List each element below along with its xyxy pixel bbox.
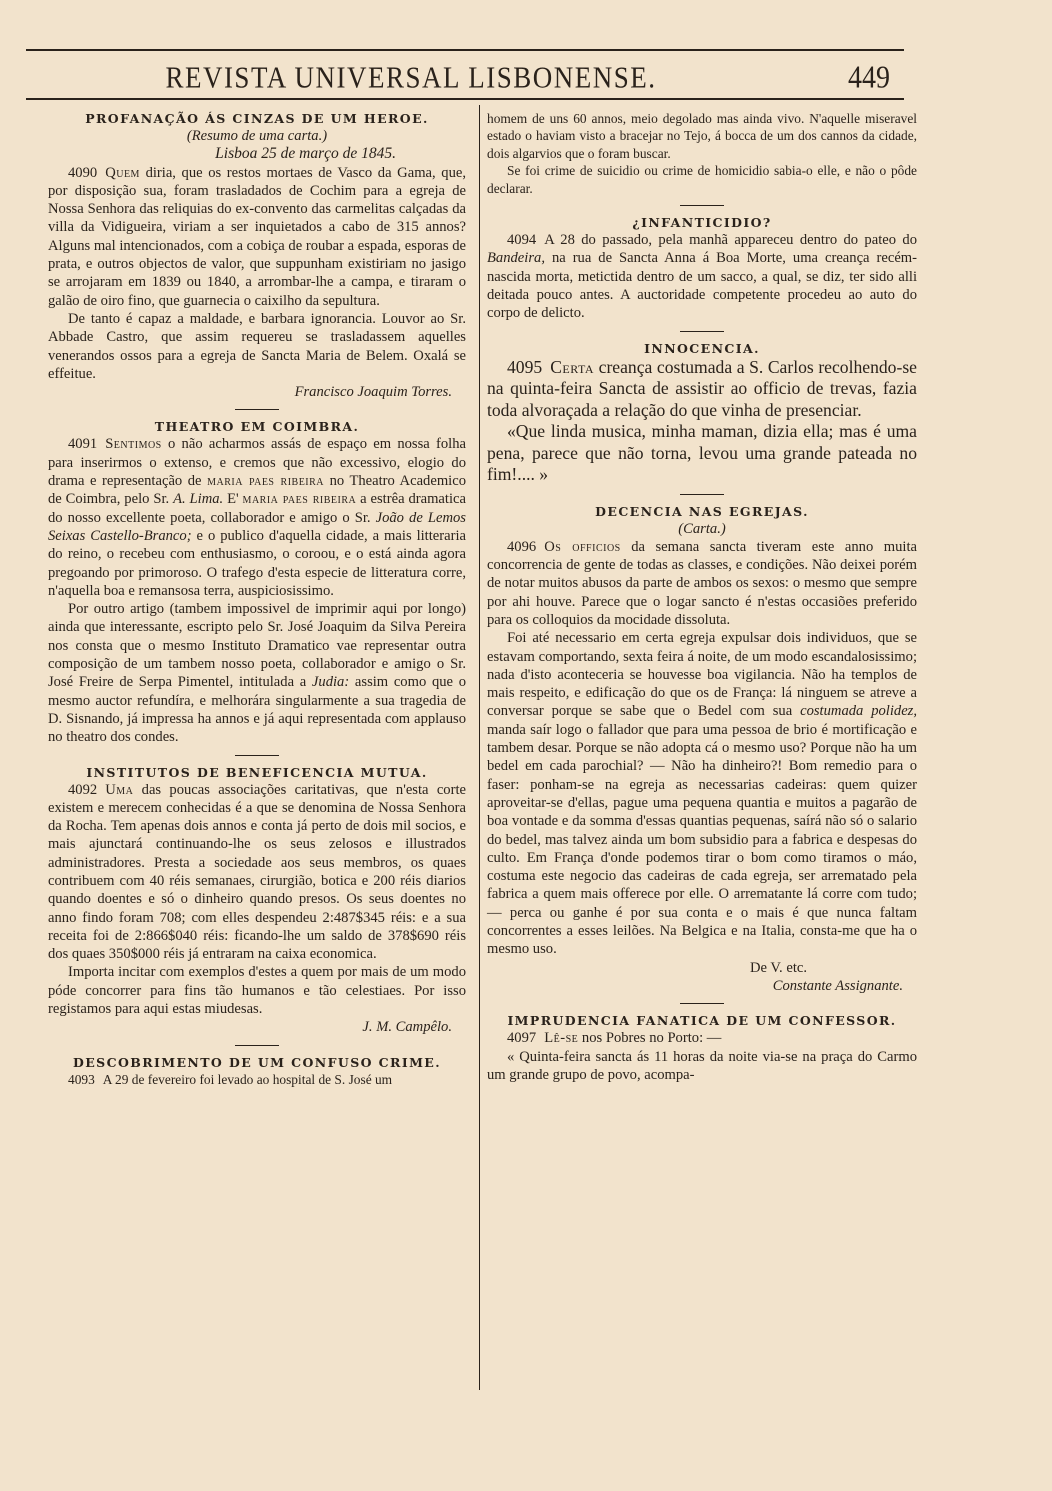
article-paragraph: 4091Sentimos o não acharmos assás de esp… [48,435,466,600]
signature: J. M. Campêlo. [48,1018,466,1036]
journal-title: REVISTA UNIVERSAL LISBONENSE. [26,60,796,96]
article-number: 4092 [68,782,97,798]
article-4090: PROFANAÇÃO ÁS CINZAS DE UM HEROE. (Resum… [48,110,466,401]
article-heading: INNOCENCIA. [487,340,917,357]
page-header: REVISTA UNIVERSAL LISBONENSE. 449 [26,56,904,96]
article-4097: IMPRUDENCIA FANATICA DE UM CONFESSOR. 40… [487,1012,917,1084]
article-paragraph: 4095Certa creança costumada a S. Carlos … [487,357,917,422]
signature: Constante Assignante. [487,977,917,995]
left-column: PROFANAÇÃO ÁS CINZAS DE UM HEROE. (Resum… [48,110,466,1088]
article-heading: THEATRO EM COIMBRA. [48,418,466,435]
article-paragraph: homem de uns 60 annos, meio degolado mas… [487,110,917,162]
article-paragraph: 4092Uma das poucas associações caritativ… [48,781,466,964]
section-separator [680,205,724,206]
article-paragraph: « Quinta-feira sancta ás 11 horas da noi… [487,1048,917,1085]
signature: Francisco Joaquim Torres. [48,383,466,401]
article-subtitle: (Carta.) [487,520,917,538]
header-rule [26,98,904,100]
article-number: 4094 [507,232,536,248]
article-number: 4091 [68,436,97,452]
article-number: 4096 [507,539,536,555]
section-separator [680,1003,724,1004]
article-heading: ¿INFANTICIDIO? [487,214,917,231]
section-separator [680,494,724,495]
section-separator [235,1045,279,1046]
article-number: 4090 [68,165,97,181]
article-4096: DECENCIA NAS EGREJAS. (Carta.) 4096Os of… [487,503,917,996]
article-paragraph: Foi até necessario em certa egreja expul… [487,629,917,958]
article-paragraph: 4094A 28 do passado, pela manhã apparece… [487,231,917,322]
article-number: 4095 [507,357,542,377]
article-paragraph: 4097Lê-se nos Pobres no Porto: — [487,1029,917,1047]
right-column: homem de uns 60 annos, meio degolado mas… [487,110,917,1084]
article-4093-continued: homem de uns 60 annos, meio degolado mas… [487,110,917,197]
article-paragraph: De tanto é capaz a maldade, e barbara ig… [48,310,466,383]
article-subtitle: (Resumo de uma carta.) [48,127,466,145]
article-paragraph: Se foi crime de suicidio ou crime de hom… [487,162,917,197]
article-heading: INSTITUTOS DE BENEFICENCIA MUTUA. [48,764,466,781]
article-paragraph: 4093A 29 de fevereiro foi levado ao hosp… [48,1071,466,1088]
article-4094: ¿INFANTICIDIO? 4094A 28 do passado, pela… [487,214,917,322]
article-4095: INNOCENCIA. 4095Certa creança costumada … [487,340,917,486]
dateline: Lisboa 25 de março de 1845. [48,145,466,163]
page-number: 449 [848,60,890,97]
top-rule [26,49,904,51]
article-number: 4093 [68,1072,95,1087]
article-paragraph: Importa incitar com exemplos d'estes a q… [48,963,466,1018]
section-separator [235,409,279,410]
closing: De V. etc. [487,959,917,977]
column-divider [479,105,480,1390]
article-paragraph: 4096Os officios da semana sancta tiveram… [487,538,917,629]
article-heading: IMPRUDENCIA FANATICA DE UM CONFESSOR. [487,1012,917,1029]
article-paragraph: Por outro artigo (tambem impossivel de i… [48,600,466,746]
article-heading: DESCOBRIMENTO DE UM CONFUSO CRIME. [48,1054,466,1071]
article-heading: DECENCIA NAS EGREJAS. [487,503,917,520]
article-paragraph: 4090Quem diria, que os restos mortaes de… [48,164,466,310]
article-4091: THEATRO EM COIMBRA. 4091Sentimos o não a… [48,418,466,746]
article-4092: INSTITUTOS DE BENEFICENCIA MUTUA. 4092Um… [48,764,466,1037]
article-4093: DESCOBRIMENTO DE UM CONFUSO CRIME. 4093A… [48,1054,466,1088]
article-number: 4097 [507,1030,536,1046]
article-paragraph: «Que linda musica, minha maman, dizia el… [487,421,917,486]
article-heading: PROFANAÇÃO ÁS CINZAS DE UM HEROE. [48,110,466,127]
section-separator [680,331,724,332]
section-separator [235,755,279,756]
